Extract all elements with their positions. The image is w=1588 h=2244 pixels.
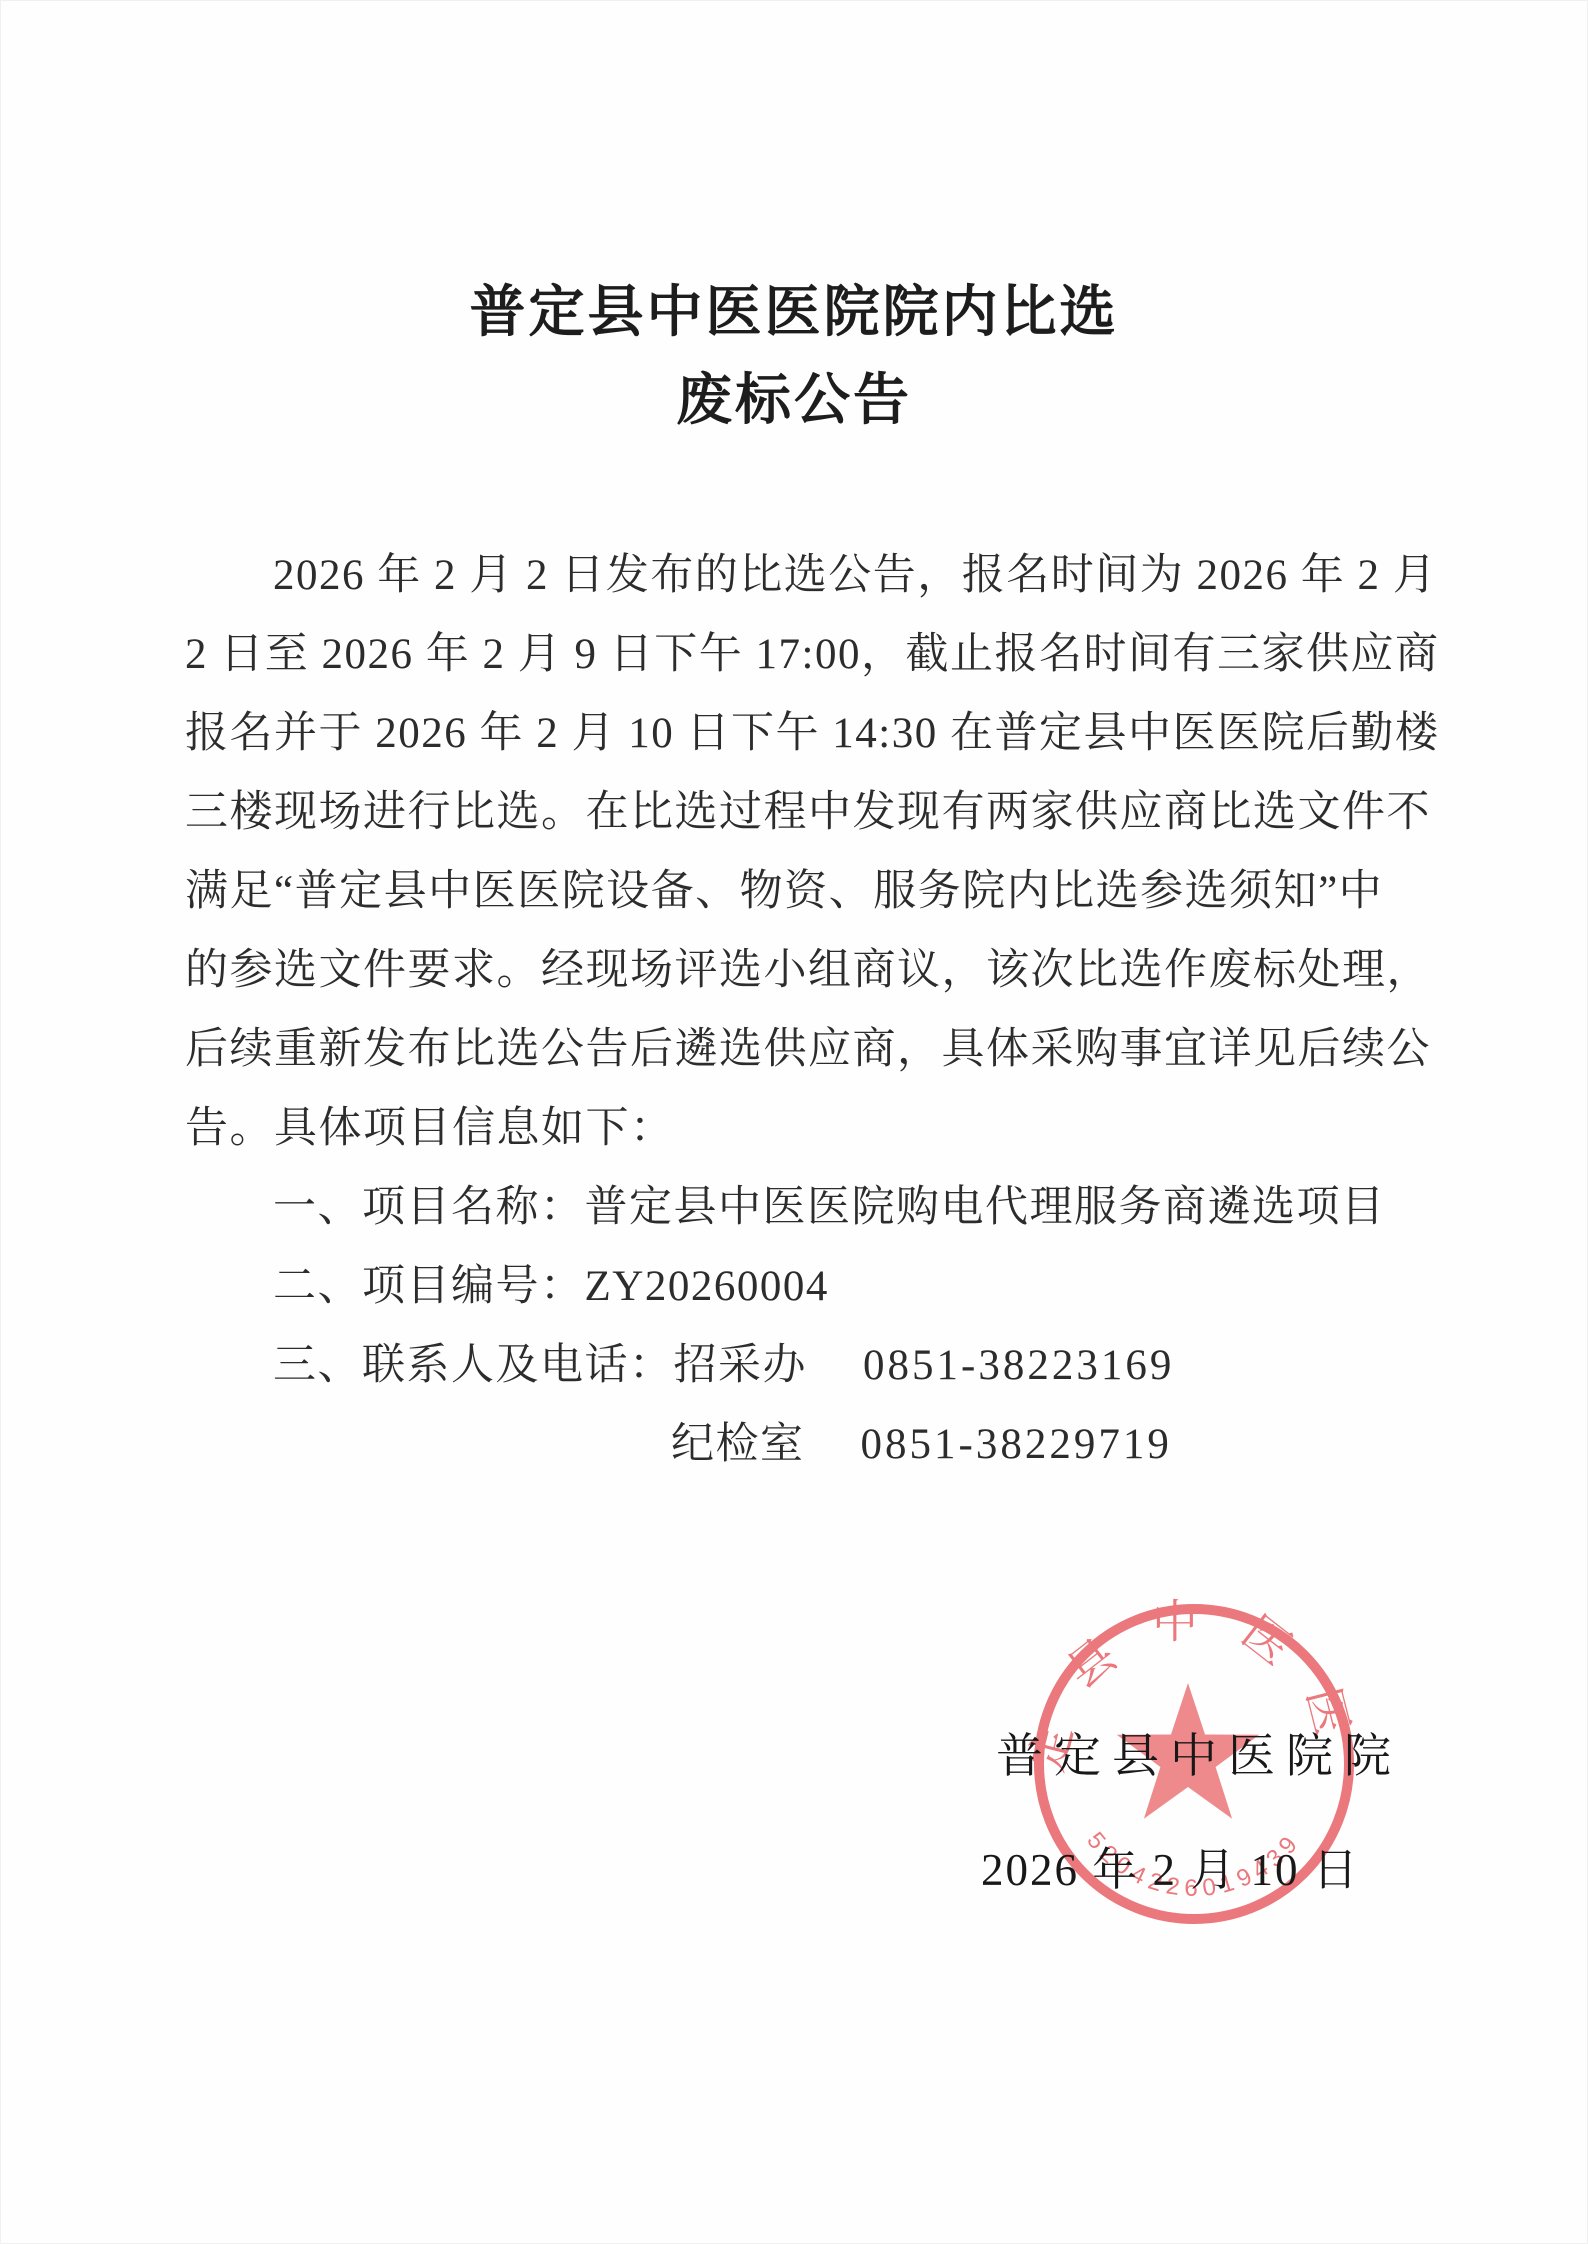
contact-dept-1: 招采办 [674, 1326, 808, 1405]
body-line: 满足“普定县中医医院设备、物资、服务院内比选参选须知”中 [185, 852, 1409, 931]
project-name-item: 一、项目名称：普定县中医医院购电代理服务商遴选项目 [185, 1168, 1409, 1247]
project-number-item: 二、项目编号：ZY20260004 [185, 1247, 1409, 1326]
body-line: 后续重新发布比选公告后遴选供应商，具体采购事宜详见后续公 [185, 1010, 1409, 1089]
document-title: 普定县中医医院院内比选 废标公告 [0, 268, 1588, 444]
body-line: 2026 年 2 月 2 日发布的比选公告，报名时间为 2026 年 2 月 [185, 536, 1409, 615]
contact-item-row-2: 纪检室 0851-38229719 [185, 1405, 1409, 1484]
contact-item-row-1: 三、联系人及电话： 招采办 0851-38223169 [185, 1326, 1409, 1405]
body-line: 告。具体项目信息如下： [185, 1089, 1409, 1168]
body-line: 的参选文件要求。经现场评选小组商议，该次比选作废标处理， [185, 931, 1409, 1010]
signature-date: 2026 年 2 月 10 日 [981, 1838, 1360, 1902]
title-line-1: 普定县中医医院院内比选 [0, 268, 1588, 356]
body-line: 三楼现场进行比选。在比选过程中发现有两家供应商比选文件不 [185, 773, 1409, 852]
contact-dept-2: 纪检室 [671, 1405, 805, 1484]
contact-phone-1: 0851-38223169 [863, 1326, 1174, 1405]
title-line-2: 废标公告 [0, 356, 1588, 444]
document-body: 2026 年 2 月 2 日发布的比选公告，报名时间为 2026 年 2 月 2… [185, 536, 1409, 1484]
contact-label: 三、联系人及电话： [273, 1326, 674, 1405]
document-page: 普定县中医医院院内比选 废标公告 2026 年 2 月 2 日发布的比选公告，报… [0, 0, 1588, 2244]
signature-organization: 普定县中医院院 [996, 1724, 1402, 1790]
body-line: 2 日至 2026 年 2 月 9 日下午 17:00，截止报名时间有三家供应商 [185, 615, 1409, 694]
contact-phone-2: 0851-38229719 [861, 1405, 1172, 1484]
body-line: 报名并于 2026 年 2 月 10 日下午 14:30 在普定县中医医院后勤楼 [185, 694, 1409, 773]
